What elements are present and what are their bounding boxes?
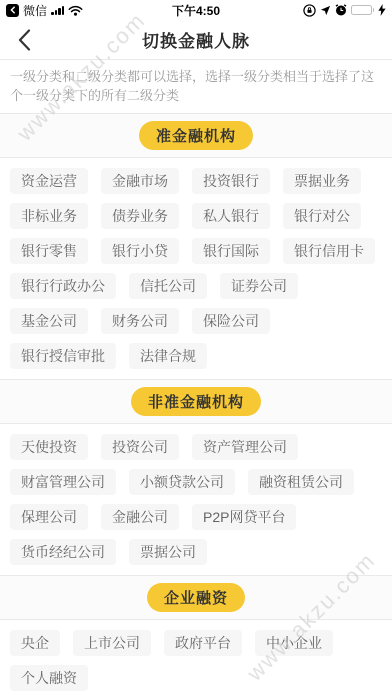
tag[interactable]: 投资银行 bbox=[192, 168, 270, 194]
section-tags: 央企上市公司政府平台中小企业个人融资 bbox=[0, 620, 392, 696]
tag[interactable]: 金融市场 bbox=[101, 168, 179, 194]
location-arrow-icon bbox=[320, 5, 331, 16]
cellular-signal-icon bbox=[51, 5, 64, 15]
carrier-label[interactable]: 微信 bbox=[23, 2, 47, 19]
tag[interactable]: 票据公司 bbox=[129, 539, 207, 565]
nav-bar: 切换金融人脉 bbox=[0, 20, 392, 60]
tag[interactable]: 融资租赁公司 bbox=[248, 469, 354, 495]
alarm-icon bbox=[335, 4, 347, 16]
tag[interactable]: 信托公司 bbox=[129, 273, 207, 299]
wifi-icon bbox=[68, 5, 83, 16]
tag[interactable]: 银行信用卡 bbox=[283, 238, 375, 264]
back-to-app-icon[interactable] bbox=[6, 4, 19, 17]
tag[interactable]: 银行行政办公 bbox=[10, 273, 116, 299]
tag[interactable]: 政府平台 bbox=[164, 630, 242, 656]
tag[interactable]: 财务公司 bbox=[101, 308, 179, 334]
page-title: 切换金融人脉 bbox=[142, 27, 250, 52]
tag[interactable]: 基金公司 bbox=[10, 308, 88, 334]
section-tags: 资金运营金融市场投资银行票据业务非标业务债券业务私人银行银行对公银行零售银行小贷… bbox=[0, 158, 392, 380]
sections: 准金融机构资金运营金融市场投资银行票据业务非标业务债券业务私人银行银行对公银行零… bbox=[0, 114, 392, 696]
section-header: 企业融资 bbox=[0, 576, 392, 620]
section-header: 准金融机构 bbox=[0, 114, 392, 158]
section-badge[interactable]: 非准金融机构 bbox=[131, 387, 261, 416]
tag[interactable]: 票据业务 bbox=[283, 168, 361, 194]
section-badge[interactable]: 准金融机构 bbox=[139, 121, 253, 150]
tag[interactable]: 中小企业 bbox=[255, 630, 333, 656]
tag[interactable]: 债券业务 bbox=[101, 203, 179, 229]
section-badge[interactable]: 企业融资 bbox=[147, 583, 245, 612]
tag[interactable]: 个人融资 bbox=[10, 665, 88, 691]
back-button[interactable] bbox=[12, 28, 36, 52]
tag[interactable]: 银行对公 bbox=[283, 203, 361, 229]
tag[interactable]: 证券公司 bbox=[220, 273, 298, 299]
tag[interactable]: 法律合规 bbox=[129, 343, 207, 369]
tag[interactable]: 货币经纪公司 bbox=[10, 539, 116, 565]
status-bar: 微信 下午4:50 bbox=[0, 0, 392, 20]
tag[interactable]: 保险公司 bbox=[192, 308, 270, 334]
tag[interactable]: 资金运营 bbox=[10, 168, 88, 194]
tag[interactable]: 资产管理公司 bbox=[192, 434, 298, 460]
tag[interactable]: 天使投资 bbox=[10, 434, 88, 460]
tag[interactable]: P2P网贷平台 bbox=[192, 504, 296, 530]
tag[interactable]: 银行国际 bbox=[192, 238, 270, 264]
tag[interactable]: 银行小贷 bbox=[101, 238, 179, 264]
tag[interactable]: 小额贷款公司 bbox=[129, 469, 235, 495]
tag[interactable]: 金融公司 bbox=[101, 504, 179, 530]
tag[interactable]: 财富管理公司 bbox=[10, 469, 116, 495]
charging-bolt-icon bbox=[378, 4, 386, 16]
section-tags: 天使投资投资公司资产管理公司财富管理公司小额贷款公司融资租赁公司保理公司金融公司… bbox=[0, 424, 392, 576]
orientation-lock-icon bbox=[303, 4, 316, 17]
tag[interactable]: 投资公司 bbox=[101, 434, 179, 460]
section-header: 非准金融机构 bbox=[0, 380, 392, 424]
intro-text: 一级分类和二级分类都可以选择，选择一级分类相当于选择了这个一级分类下的所有二级分… bbox=[0, 60, 392, 114]
tag[interactable]: 非标业务 bbox=[10, 203, 88, 229]
tag[interactable]: 银行零售 bbox=[10, 238, 88, 264]
tag[interactable]: 保理公司 bbox=[10, 504, 88, 530]
tag[interactable]: 央企 bbox=[10, 630, 60, 656]
battery-icon bbox=[351, 5, 375, 15]
tag[interactable]: 上市公司 bbox=[73, 630, 151, 656]
tag[interactable]: 私人银行 bbox=[192, 203, 270, 229]
tag[interactable]: 银行授信审批 bbox=[10, 343, 116, 369]
